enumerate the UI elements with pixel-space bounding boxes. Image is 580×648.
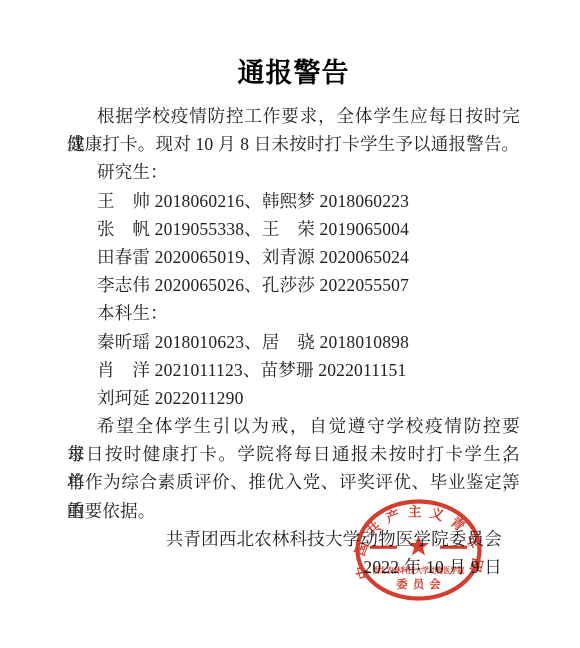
undergraduate-student-line: 秦昕瑶 2018010623、居 骁 2018010898 — [67, 328, 520, 356]
undergraduate-student-line: 肖 洋 2021011123、苗梦珊 2022011151 — [67, 356, 520, 384]
notice-title: 通报警告 — [67, 58, 520, 88]
seal-org-text: 西北农林科技大学动物医学院 — [373, 565, 466, 575]
paragraph2-line1: 希望全体学生引以为戒，自觉遵守学校疫情防控要求， — [67, 412, 520, 440]
graduate-student-line: 田春雷 2020065019、刘青源 2020065024 — [67, 243, 520, 271]
graduate-student-line: 李志伟 2020065026、孔莎莎 2022055507 — [67, 271, 520, 299]
graduate-student-line: 王 帅 2018060216、韩熙梦 2018060223 — [67, 187, 520, 215]
seal-right-bar — [440, 546, 467, 549]
undergraduate-section-header: 本科生： — [67, 299, 520, 327]
seal-committee-text: 委员会 — [396, 577, 446, 591]
graduate-section-header: 研究生： — [67, 158, 520, 186]
paragraph1-line1: 根据学校疫情防控工作要求，全体学生应每日按时完成 — [67, 102, 520, 130]
paragraph1-line2: 健康打卡。现对 10 月 8 日未按时打卡学生予以通报警告。 — [67, 130, 520, 158]
undergraduate-student-line: 刘珂延 2022011290 — [67, 384, 520, 412]
paragraph2-line2: 每日按时健康打卡。学院将每日通报未按时打卡学生名单， — [67, 440, 520, 468]
seal-star-icon — [408, 536, 429, 556]
notice-page: 通报警告 根据学校疫情防控工作要求，全体学生应每日按时完成 健康打卡。现对 10… — [0, 0, 580, 648]
seal-left-bar — [370, 546, 397, 549]
official-seal: 中国共产主义青年团 西北农林科技大学动物医学院 委员会 — [353, 498, 484, 604]
graduate-student-line: 张 帆 2019055338、王 荣 2019065004 — [67, 215, 520, 243]
paragraph2-line3: 将作为综合素质评价、推优入党、评奖评优、毕业鉴定等的 — [67, 468, 520, 496]
